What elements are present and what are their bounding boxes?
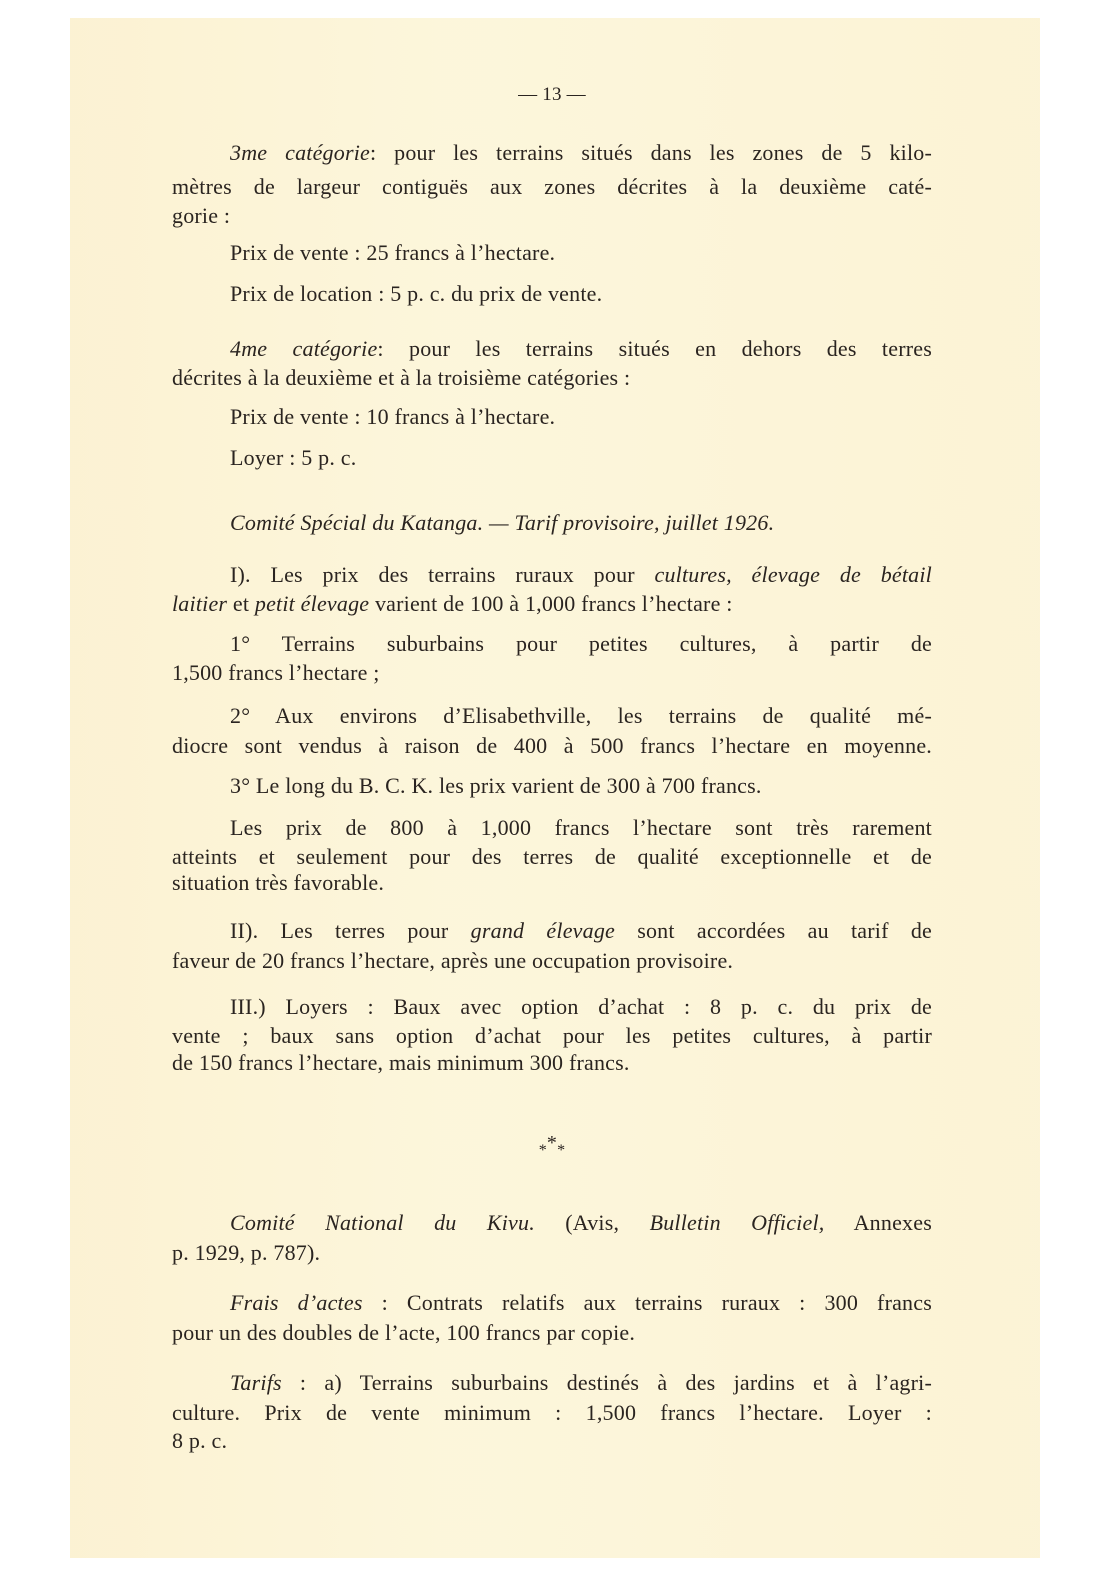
text-line: 2° Aux environs d’Elisabethville, les te… — [230, 703, 932, 729]
text-line: décrites à la deuxième et à la troisième… — [172, 365, 630, 391]
text-line: situation très favorable. — [172, 870, 384, 896]
text-line: Les prix de 800 à 1,000 francs l’hectare… — [230, 815, 932, 841]
star-icon: * — [539, 1142, 547, 1159]
text-span: I). Les prix des terrains ruraux pour — [230, 562, 655, 587]
text-line: II). Les terres pour grand élevage sont … — [230, 918, 932, 944]
text-span: Frais d’actes — [230, 1290, 363, 1315]
text-span: varient de 100 à 1,000 francs l’hectare … — [369, 591, 732, 616]
section-heading: Comité Spécial du Katanga. — Tarif provi… — [230, 510, 774, 536]
text-line: 3me catégorie: pour les terrains situés … — [230, 140, 932, 166]
text-line: p. 1929, p. 787). — [172, 1240, 320, 1266]
text-span: laitier — [172, 591, 227, 616]
text-span: : pour les terrains situés dans les zone… — [370, 140, 932, 165]
text-line: Tarifs : a) Terrains suburbains destinés… — [230, 1370, 932, 1396]
text-line: mètres de largeur contiguës aux zones dé… — [172, 174, 932, 200]
text-span: et — [227, 591, 255, 616]
page-number: — 13 — — [172, 84, 932, 106]
text-line: vente ; baux sans option d’achat pour le… — [172, 1023, 932, 1049]
category-heading: 4me catégorie — [230, 336, 377, 361]
text-span: : a) Terrains suburbains destinés à des … — [282, 1370, 932, 1395]
text-span: (Avis, — [535, 1210, 650, 1235]
text-line: diocre sont vendus à raison de 400 à 500… — [172, 733, 932, 759]
category-heading: 3me catégorie — [230, 140, 370, 165]
star-icon: * — [557, 1142, 565, 1159]
text-line: 4me catégorie: pour les terrains situés … — [230, 336, 932, 362]
text-line: Prix de vente : 10 francs à l’hectare. — [230, 404, 555, 430]
text-line: Comité National du Kivu. (Avis, Bulletin… — [230, 1210, 932, 1236]
text-line: atteints et seulement pour des terres de… — [172, 844, 932, 870]
text-line: I). Les prix des terrains ruraux pour cu… — [230, 562, 932, 588]
text-line: pour un des doubles de l’acte, 100 franc… — [172, 1320, 635, 1346]
text-span: II). Les terres pour — [230, 918, 471, 943]
text-span: Annexes — [824, 1210, 932, 1235]
text-span: : pour les terrains situés en dehors des… — [377, 336, 932, 361]
text-line: Frais d’actes : Contrats relatifs aux te… — [230, 1290, 932, 1316]
text-span: cultures, élevage de bétail — [655, 562, 933, 587]
text-line: III.) Loyers : Baux avec option d’achat … — [230, 994, 932, 1020]
text-span: grand élevage — [471, 918, 615, 943]
text-span: Comité Spécial du Katanga. — Tarif provi… — [230, 510, 774, 535]
text-line: faveur de 20 francs l’hectare, après une… — [172, 948, 733, 974]
text-span: sont accordées au tarif de — [615, 918, 932, 943]
text-span: Comité National du Kivu. — [230, 1210, 535, 1235]
star-icon: * — [547, 1132, 557, 1154]
section-separator: *** — [172, 1138, 932, 1161]
text-line: gorie : — [172, 203, 230, 229]
text-line: Loyer : 5 p. c. — [230, 445, 356, 471]
page-text: — 13 — 3me catégorie: pour les terrains … — [172, 0, 932, 1579]
text-span: Bulletin Officiel, — [650, 1210, 825, 1235]
text-line: laitier et petit élevage varient de 100 … — [172, 591, 733, 617]
text-line: 8 p. c. — [172, 1428, 227, 1454]
text-line: 3° Le long du B. C. K. les prix varient … — [230, 773, 762, 799]
text-line: Prix de location : 5 p. c. du prix de ve… — [230, 281, 602, 307]
text-line: 1,500 francs l’hectare ; — [172, 660, 380, 686]
text-span: : Contrats relatifs aux terrains ruraux … — [363, 1290, 932, 1315]
text-line: Prix de vente : 25 francs à l’hectare. — [230, 240, 555, 266]
text-span: petit élevage — [255, 591, 369, 616]
text-line: culture. Prix de vente minimum : 1,500 f… — [172, 1400, 932, 1426]
text-span: Tarifs — [230, 1370, 282, 1395]
text-line: 1° Terrains suburbains pour petites cult… — [230, 631, 932, 657]
text-line: de 150 francs l’hectare, mais minimum 30… — [172, 1050, 630, 1076]
